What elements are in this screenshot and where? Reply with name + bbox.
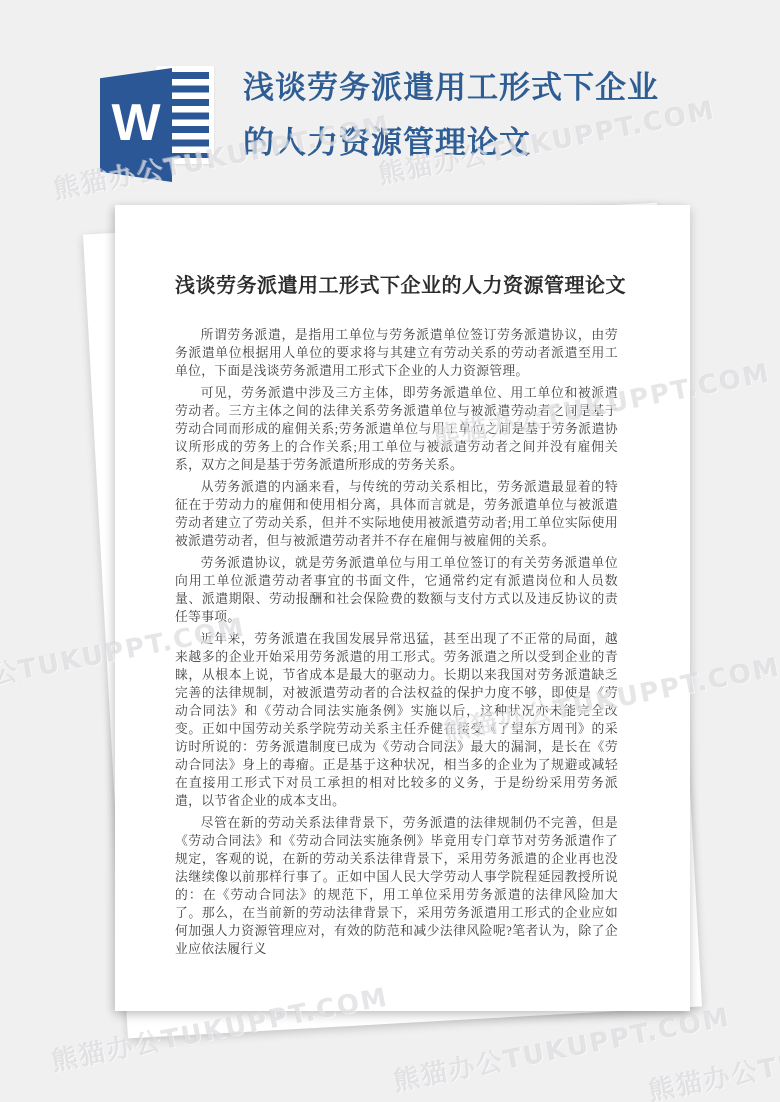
document-body: 所谓劳务派遣，是指用工单位与劳务派遣单位签订劳务派遣协议，由劳务派遣单位根据用人…	[175, 326, 618, 958]
page-title-line1: 浅谈劳务派遣用工形式下企业	[243, 60, 713, 115]
page-title-line2: 的人力资源管理论文	[243, 115, 713, 170]
page-title: 浅谈劳务派遣用工形式下企业 的人力资源管理论文	[243, 60, 713, 170]
document-paragraph: 从劳务派遣的内涵来看，与传统的劳动关系相比，劳务派遣最显着的特征在于劳动力的雇佣…	[175, 478, 618, 550]
word-flap-icon: W	[100, 68, 172, 182]
preview-canvas: 熊猫办公TUKUPPT.COM 熊猫办公TUKUPPT.COM 熊猫办公TUKU…	[0, 0, 780, 1102]
document-page: 浅谈劳务派遣用工形式下企业的人力资源管理论文 所谓劳务派遣，是指用工单位与劳务派…	[115, 205, 690, 1011]
document-paragraph: 近年来，劳务派遣在我国发展异常迅猛，甚至出现了不正常的局面，越来越多的企业开始采…	[175, 630, 618, 810]
document-paragraph: 劳务派遣协议，就是劳务派遣单位与用工单位签订的有关劳务派遣单位向用工单位派遣劳动…	[175, 554, 618, 626]
document-paragraph: 可见，劳务派遣中涉及三方主体，即劳务派遣单位、用工单位和被派遣劳动者。三方主体之…	[175, 384, 618, 474]
document-paragraph: 尽管在新的劳动关系法律背景下，劳务派遣的法律规制仍不完善，但是《劳动合同法》和《…	[175, 814, 618, 958]
document-paragraph: 所谓劳务派遣，是指用工单位与劳务派遣单位签订劳务派遣协议，由劳务派遣单位根据用人…	[175, 326, 618, 380]
watermark-text: 熊猫办公TUKUPPT.COM	[645, 1007, 780, 1102]
word-icon-letter: W	[111, 97, 160, 149]
document-heading: 浅谈劳务派遣用工形式下企业的人力资源管理论文	[175, 273, 618, 299]
word-icon: W	[100, 56, 218, 184]
